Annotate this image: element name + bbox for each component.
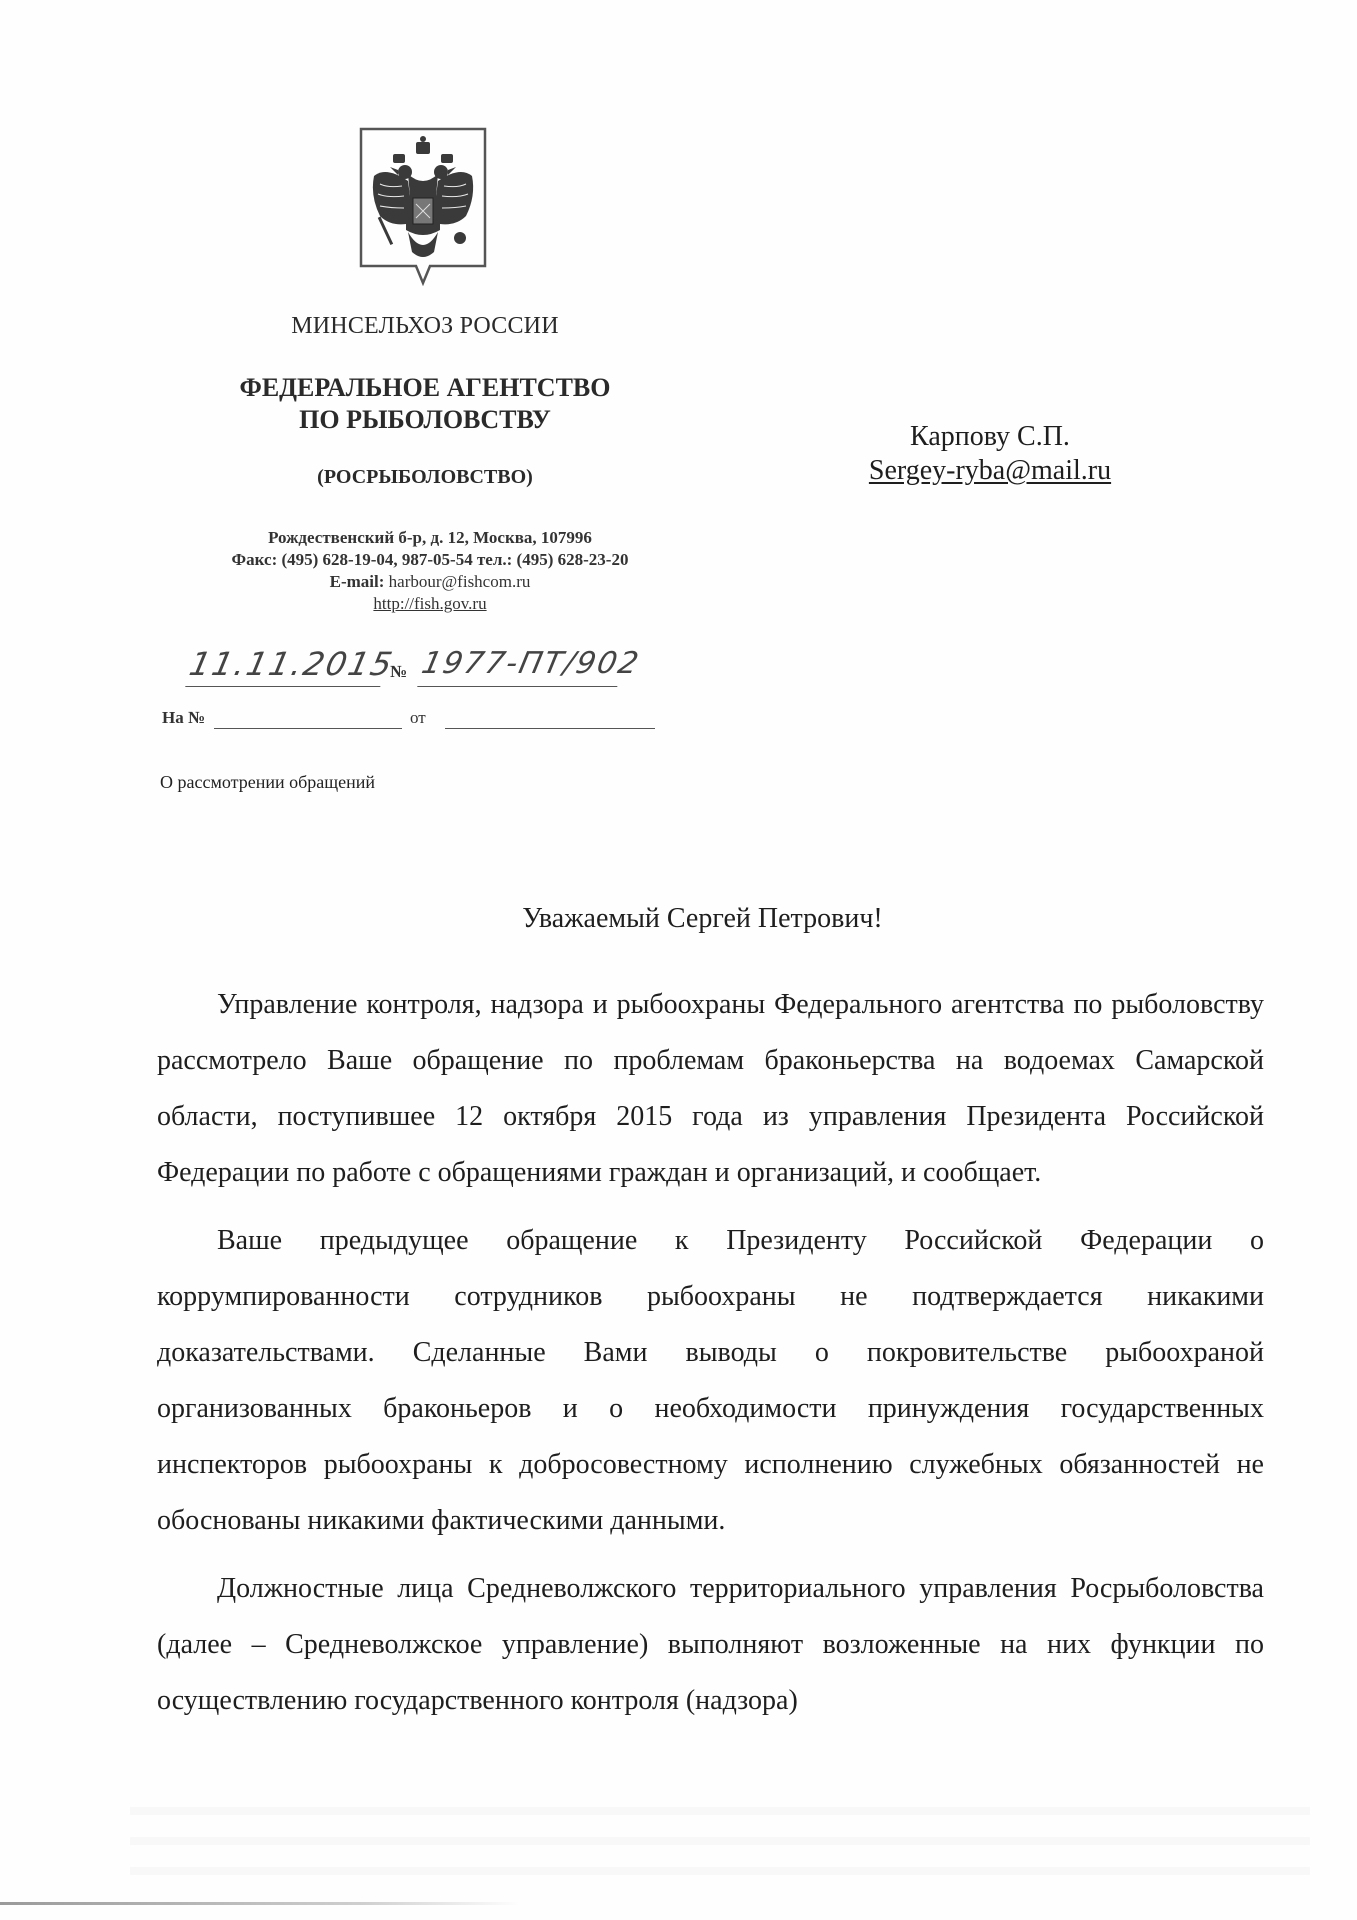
reference-date-label: от bbox=[410, 708, 426, 728]
greeting: Уважаемый Сергей Петрович! bbox=[0, 903, 1357, 935]
body-paragraph: Ваше предыдущее обращение к Президенту Р… bbox=[157, 1213, 1264, 1549]
agency-contacts: Рождественский б-р, д. 12, Москва, 10799… bbox=[150, 527, 710, 615]
letter-page: МИНСЕЛЬХОЗ РОССИИ ФЕДЕРАЛЬНОЕ АГЕНТСТВО … bbox=[0, 0, 1357, 1920]
agency-name-line1: ФЕДЕРАЛЬНОЕ АГЕНТСТВО bbox=[200, 372, 650, 404]
registration-number: 1977-ПТ/902 bbox=[417, 642, 627, 687]
addressee-email-link[interactable]: Sergey-ryba@mail.ru bbox=[830, 454, 1150, 488]
body-paragraph: Должностные лица Средневолжского террито… bbox=[157, 1561, 1264, 1729]
email-label: E-mail: bbox=[330, 572, 385, 591]
agency-fax-phone: Факс: (495) 628-19-04, 987-05-54 тел.: (… bbox=[150, 549, 710, 571]
ministry-name: МИНСЕЛЬХОЗ РОССИИ bbox=[200, 313, 650, 340]
reference-line: На № от bbox=[162, 708, 682, 738]
registration-line: 11.11.2015 № 1977-ПТ/902 bbox=[190, 640, 710, 696]
reference-number-blank bbox=[214, 728, 402, 729]
body-paragraph: Управление контроля, надзора и рыбоохран… bbox=[157, 977, 1264, 1201]
email-value[interactable]: harbour@fishcom.ru bbox=[389, 572, 531, 591]
letter-body: Управление контроля, надзора и рыбоохран… bbox=[157, 977, 1264, 1729]
fax-phone-value: (495) 628-19-04, 987-05-54 тел.: (495) 6… bbox=[281, 550, 628, 569]
scan-show-through bbox=[130, 1785, 1310, 1895]
registration-number-label: № bbox=[390, 662, 407, 682]
agency-website-link[interactable]: http://fish.gov.ru bbox=[150, 593, 710, 615]
scan-edge-line bbox=[0, 1902, 520, 1905]
addressee-block: Карпову С.П. Sergey-ryba@mail.ru bbox=[830, 420, 1150, 488]
agency-name-line2: ПО РЫБОЛОВСТВУ bbox=[200, 404, 650, 436]
agency-abbreviation: (РОСРЫБОЛОВСТВО) bbox=[200, 466, 650, 489]
reference-number-label: На № bbox=[162, 708, 205, 728]
agency-address: Рождественский б-р, д. 12, Москва, 10799… bbox=[150, 527, 710, 549]
coat-of-arms-icon bbox=[358, 126, 488, 286]
letter-subject: О рассмотрении обращений bbox=[160, 772, 375, 793]
agency-email: E-mail: harbour@fishcom.ru bbox=[150, 571, 710, 593]
agency-name: ФЕДЕРАЛЬНОЕ АГЕНТСТВО ПО РЫБОЛОВСТВУ bbox=[200, 372, 650, 436]
registration-date: 11.11.2015 bbox=[185, 642, 390, 687]
fax-label: Факс: bbox=[232, 550, 278, 569]
reference-date-blank bbox=[445, 728, 655, 729]
addressee-name: Карпову С.П. bbox=[830, 420, 1150, 454]
